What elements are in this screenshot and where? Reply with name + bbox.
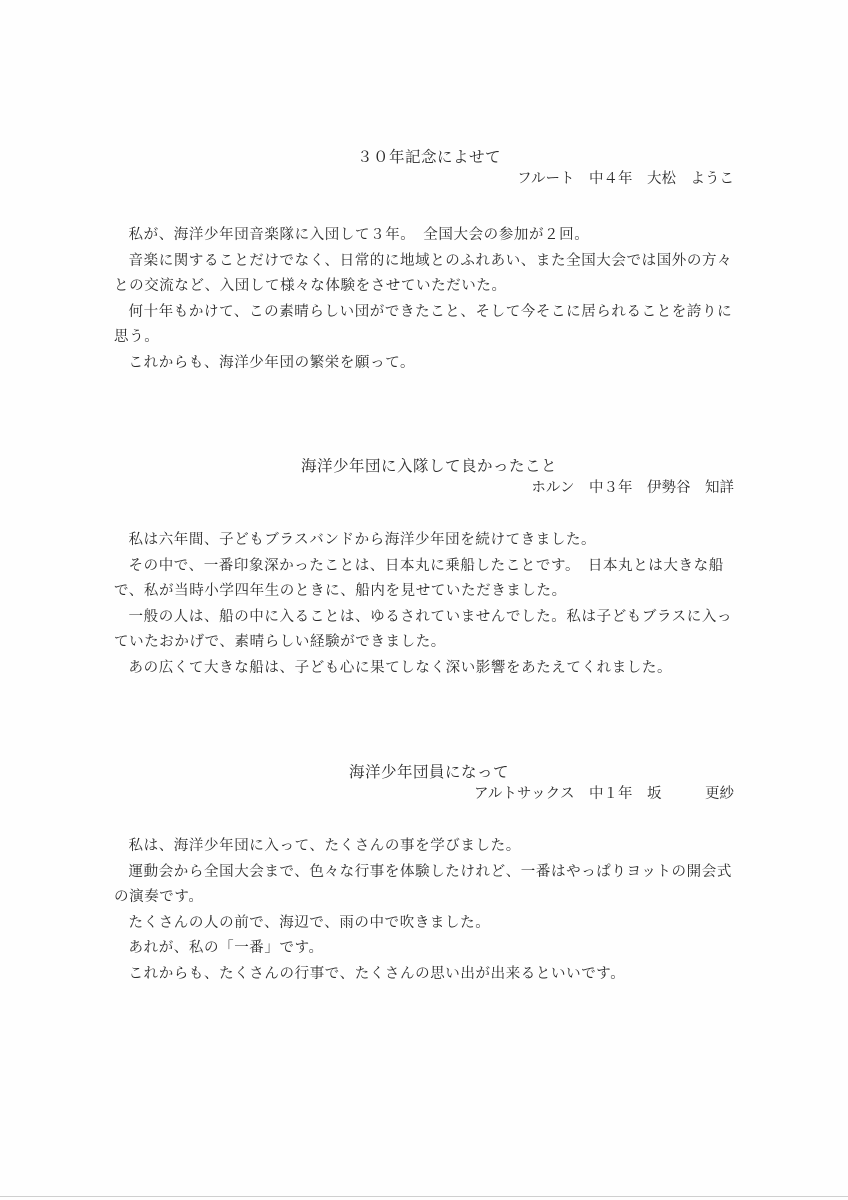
essay-30th-anniversary: ３０年記念によせて フルート 中４年 大松 ようこ 私が、海洋少年団音楽隊に入団… (114, 146, 734, 376)
scan-edge-line (0, 1196, 848, 1197)
essay-body: 私は、海洋少年団に入って、たくさんの事を学びました。 運動会から全国大会まで、色… (114, 834, 734, 987)
paragraph: 私は六年間、子どもブラスバンドから海洋少年団を続けてきました。 (114, 528, 734, 554)
paragraph: 私は、海洋少年団に入って、たくさんの事を学びました。 (114, 834, 734, 860)
paragraph: あれが、私の「一番」です。 (114, 936, 734, 962)
paragraph: 一般の人は、船の中に入ることは、ゆるされていませんでした。私は子どもブラスに入っ… (114, 605, 734, 656)
paragraph: これからも、海洋少年団の繁栄を願って。 (114, 351, 734, 377)
paragraph: 音楽に関することだけでなく、日常的に地域とのふれあい、また全国大会では国外の方々… (114, 249, 734, 300)
paragraph: たくさんの人の前で、海辺で、雨の中で吹きました。 (114, 911, 734, 937)
essay-title: 海洋少年団に入隊して良かったこと (114, 455, 734, 477)
paragraph: その中で、一番印象深かったことは、日本丸に乗船したことです。 日本丸とは大きな船… (114, 554, 734, 605)
essay-byline: アルトサックス 中１年 坂 更紗 (114, 783, 734, 805)
paragraph: 私が、海洋少年団音楽隊に入団して３年。 全国大会の参加が２回。 (114, 223, 734, 249)
paragraph: あの広くて大きな船は、子ども心に果てしなく深い影響をあたえてくれました。 (114, 656, 734, 682)
essay-byline: ホルン 中３年 伊勢谷 知詳 (114, 477, 734, 499)
document-page: ３０年記念によせて フルート 中４年 大松 ようこ 私が、海洋少年団音楽隊に入団… (0, 0, 848, 1200)
essay-becoming-member: 海洋少年団員になって アルトサックス 中１年 坂 更紗 私は、海洋少年団に入って… (114, 761, 734, 987)
essay-body: 私は六年間、子どもブラスバンドから海洋少年団を続けてきました。 その中で、一番印… (114, 528, 734, 681)
paragraph: 運動会から全国大会まで、色々な行事を体験したけれど、一番はやっぱりヨットの開会式… (114, 860, 734, 911)
essay-glad-to-join: 海洋少年団に入隊して良かったこと ホルン 中３年 伊勢谷 知詳 私は六年間、子ど… (114, 455, 734, 681)
essay-title: 海洋少年団員になって (114, 761, 734, 783)
essay-byline: フルート 中４年 大松 ようこ (114, 168, 734, 190)
paragraph: 何十年もかけて、この素晴らしい団ができたこと、そして今そこに居られることを誇りに… (114, 300, 734, 351)
essay-body: 私が、海洋少年団音楽隊に入団して３年。 全国大会の参加が２回。 音楽に関すること… (114, 223, 734, 376)
paragraph: これからも、たくさんの行事で、たくさんの思い出が出来るといいです。 (114, 962, 734, 988)
essay-title: ３０年記念によせて (114, 146, 734, 168)
